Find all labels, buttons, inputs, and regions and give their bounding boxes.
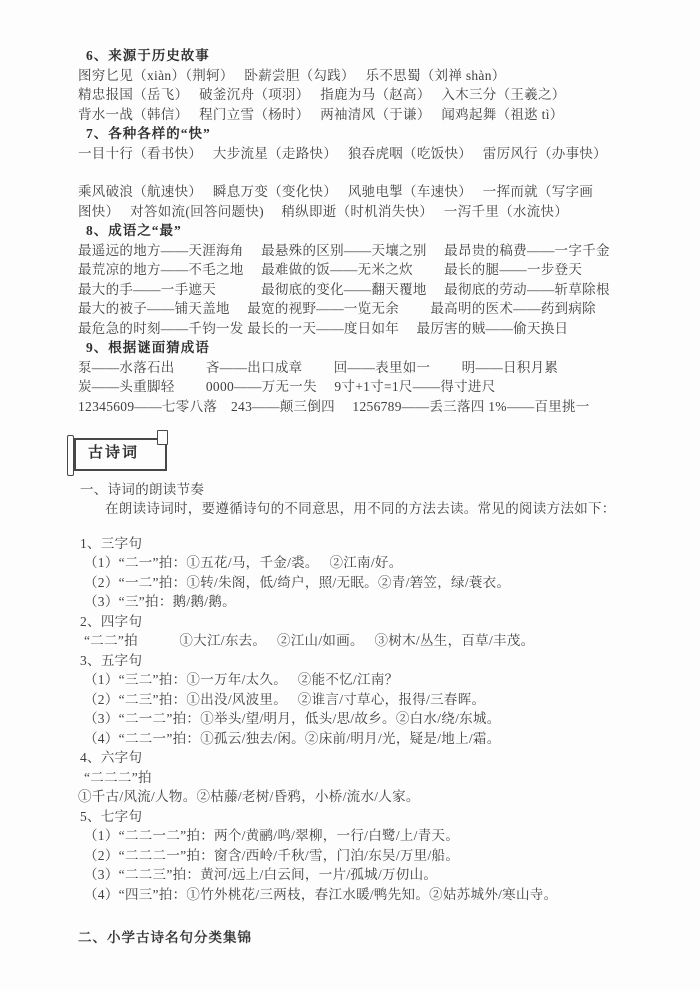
rhythm-line: （1）“二二一二”拍：两个/黄鹂/鸣/翠柳，一行/白鹭/上/青天。: [78, 826, 642, 846]
idiom-line: 背水一战（韩信） 程门立雪（杨时） 两袖清风（于谦） 闻鸡起舞（祖逖 tì）: [78, 105, 642, 125]
rhythm-line: “二二二”拍: [78, 768, 642, 788]
scroll-flag-decoration: [157, 430, 168, 445]
document-content: 6、来源于历史故事 图穷匕见（xiàn）（荆轲） 卧薪尝胆（勾践） 乐不思蜀（刘…: [0, 0, 700, 948]
rhythm-five-char: 3、五字句 （1）“三二”拍：①一万年/太久。 ②能不忆/江南？ （2）“二三”…: [78, 651, 642, 749]
rhythm-line: （3）“二一二”拍：①举头/望/明月，低头/思/故乡。②白水/绕/东城。: [78, 709, 642, 729]
rhythm-line: （3）“二二三”拍：黄河/远上/白云间，一片/孤城/万仞山。: [78, 865, 642, 885]
section-most-idioms: 8、成语之“最” 最遥远的地方——天涯海角 最悬殊的区别——天壤之别 最昂贵的稿…: [78, 221, 642, 338]
section-fast-idioms: 7、各种各样的“快” 一目十行（看书快） 大步流星（走路快） 狼吞虎咽（吃饭快）…: [78, 124, 642, 221]
section-8-heading: 8、成语之“最”: [78, 221, 642, 241]
riddle-line: 泵——水落石出 吝——出口成章 回——表里如一 明——日积月累: [78, 358, 642, 378]
rhythm-line: （1）“三二”拍：①一万年/太久。 ②能不忆/江南？: [78, 670, 642, 690]
rhythm-seven-char: 5、七字句 （1）“二二一二”拍：两个/黄鹂/鸣/翠柳，一行/白鹭/上/青天。 …: [78, 807, 642, 905]
rhythm-line: （3）“三”拍：鹅/鹅/鹅。: [78, 592, 642, 612]
idiom-line: 图穷匕见（xiàn）（荆轲） 卧薪尝胆（勾践） 乐不思蜀（刘禅 shàn）: [78, 66, 642, 86]
riddle-line: 炭——头重脚轻 0000——万无一失 9寸+1寸=1尺——得寸进尺: [78, 377, 642, 397]
poetry-intro: 在朗读诗词时，要遵循诗句的不同意思，用不同的方法去读。常见的阅读方法如下：: [78, 499, 642, 519]
rhythm-heading: 5、七字句: [78, 807, 642, 827]
idiom-line: 最大的被子——铺天盖地 最宽的视野——一览无余 最高明的医术——药到病除: [78, 299, 642, 319]
poetry-part1-title: 一、诗词的朗读节奏: [78, 480, 642, 500]
idiom-line: 一目十行（看书快） 大步流星（走路快） 狼吞虎咽（吃饭快） 雷厉风行（办事快）: [78, 144, 642, 164]
section-6-heading: 6、来源于历史故事: [78, 46, 642, 66]
rhythm-line: （2）“一二”拍：①转/朱阁，低/绮户，照/无眠。②青/箬笠，绿/蓑衣。: [78, 573, 642, 593]
rhythm-line: （4）“二二一”拍：①孤云/独去/闲。②床前/明月/光，疑是/地上/霜。: [78, 729, 642, 749]
rhythm-heading: 1、三字句: [78, 534, 642, 554]
rhythm-three-char: 1、三字句 （1）“二一”拍：①五花/马，千金/裘。 ②江南/好。 （2）“一二…: [78, 534, 642, 612]
idiom-line: 最大的手——一手遮天 最彻底的变化——翻天覆地 最彻底的劳动——斩草除根: [78, 280, 642, 300]
rhythm-four-char: 2、四字句 “二二”拍 ①大江/东去。 ②江山/如画。 ③树木/丛生，百草/丰茂…: [78, 612, 642, 651]
riddle-line: 12345609——七零八落 243——颠三倒四 1256789——丢三落四 1…: [78, 397, 642, 417]
idiom-line: 精忠报国（岳飞） 破釜沉舟（项羽） 指鹿为马（赵高） 入木三分（王羲之）: [78, 85, 642, 105]
section-9-heading: 9、根据谜面猜成语: [78, 338, 642, 358]
rhythm-line: （2）“二三”拍：①出没/风波里。 ②谁言/寸草心，报得/三春晖。: [78, 690, 642, 710]
rhythm-six-char: 4、六字句 “二二二”拍 ①千古/风流/人物。②枯藤/老树/昏鸦，小桥/流水/人…: [78, 748, 642, 807]
document-page: 6、来源于历史故事 图穷匕见（xiàn）（荆轲） 卧薪尝胆（勾践） 乐不思蜀（刘…: [0, 0, 700, 991]
scroll-pole-decoration: [67, 435, 74, 476]
poetry-part2-title: 二、小学古诗名句分类集锦: [78, 928, 642, 948]
idiom-line: 图快） 对答如流(回答问题快) 稍纵即逝（时机消失快） 一泻千里（水流快）: [78, 202, 642, 222]
rhythm-line: ①千古/风流/人物。②枯藤/老树/昏鸦，小桥/流水/人家。: [78, 787, 642, 807]
rhythm-heading: 4、六字句: [78, 748, 642, 768]
idiom-line: 最荒凉的地方——不毛之地 最难做的饭——无米之炊 最长的腿——一步登天: [78, 260, 642, 280]
poetry-banner-box: 古诗词: [74, 438, 167, 471]
poetry-banner-title: 古诗词: [88, 445, 139, 461]
rhythm-heading: 2、四字句: [78, 612, 642, 632]
section-historical-idioms: 6、来源于历史故事 图穷匕见（xiàn）（荆轲） 卧薪尝胆（勾践） 乐不思蜀（刘…: [78, 46, 642, 124]
rhythm-line: （1）“二一”拍：①五花/马，千金/裘。 ②江南/好。: [78, 553, 642, 573]
rhythm-line: “二二”拍 ①大江/东去。 ②江山/如画。 ③树木/丛生，百草/丰茂。: [78, 631, 642, 651]
idiom-line: 乘风破浪（航速快） 瞬息万变（变化快） 风驰电掣（车速快） 一挥而就（写字画: [78, 182, 642, 202]
rhythm-line: （2）“二二二一”拍：窗含/西岭/千秋/雪，门泊/东吴/万里/船。: [78, 846, 642, 866]
section-7-heading: 7、各种各样的“快”: [78, 124, 642, 144]
idiom-line: 最危急的时刻——千钧一发 最长的一天——度日如年 最厉害的贼——偷天换日: [78, 319, 642, 339]
idiom-line: 最遥远的地方——天涯海角 最悬殊的区别——天壤之别 最昂贵的稿费——一字千金: [78, 241, 642, 261]
section-riddle-idioms: 9、根据谜面猜成语 泵——水落石出 吝——出口成章 回——表里如一 明——日积月…: [78, 338, 642, 416]
rhythm-line: （4）“四三”拍：①竹外桃花/三两枝，春江水暖/鸭先知。②姑苏城外/寒山寺。: [78, 885, 642, 905]
rhythm-heading: 3、五字句: [78, 651, 642, 671]
